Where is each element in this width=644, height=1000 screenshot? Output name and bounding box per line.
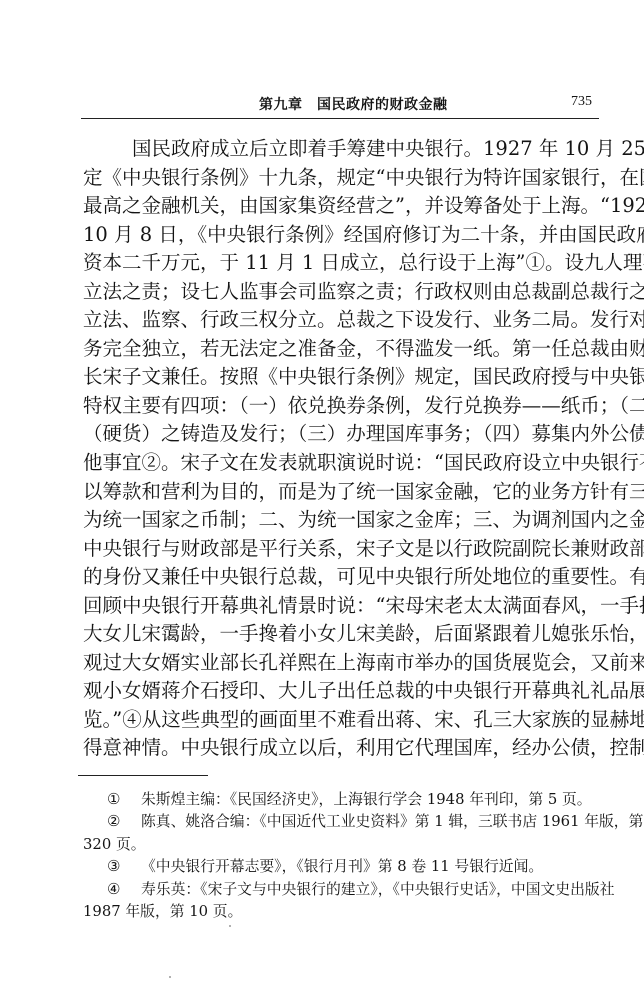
footnote-1: ①朱斯煌主编：《民国经济史》，上海银行学会 1948 年刊印，第 5 页。	[83, 789, 598, 811]
text-line: （硬货）之铸造及发行；（三）办理国库事务；（四）募集内外公债及办理其	[83, 420, 598, 449]
header-rule	[81, 118, 599, 119]
text-line: 中央银行与财政部是平行关系，宋子文是以行政院副院长兼财政部长	[83, 535, 598, 564]
text-line: 观小女婿蒋介石授印、大儿子出任总裁的中央银行开幕典礼礼品展	[83, 677, 598, 706]
footnote-text: 《中央银行开幕志要》，《银行月刊》第 8 卷 11 号银行近闻。	[141, 858, 543, 875]
text-line: 资本二千万元，于 11 月 1 日成立，总行设于上海”①。设九人理事会司	[83, 249, 598, 278]
page-number: 735	[571, 94, 592, 110]
footnote-text: 寿乐英：《宋子文与中央银行的建立》，《中央银行史话》，中国文史出版社	[141, 881, 615, 898]
footnote-2: ②陈真、姚洛合编：《中国近代工业史资料》第 1 辑，三联书店 1961 年版，第	[83, 811, 598, 833]
footnote-3: ③《中央银行开幕志要》，《银行月刊》第 8 卷 11 号银行近闻。	[83, 856, 598, 878]
text-line: 的身份又兼任中央银行总裁，可见中央银行所处地位的重要性。有人	[83, 563, 598, 592]
text-line: 得意神情。中央银行成立以后，利用它代理国库，经办公债，控制外汇	[83, 734, 598, 763]
text-line: 为统一国家之币制；二、为统一国家之金库；三、为调剂国内之金融。”③	[83, 506, 598, 535]
scan-speck	[229, 925, 231, 927]
footnote-marker: ③	[107, 856, 141, 878]
text-line: 立法、监察、行政三权分立。总裁之下设发行、业务二局。发行对于业	[83, 306, 598, 335]
text-line: 特权主要有四项：（一）依兑换券条例，发行兑换券——纸币；（二）国币	[83, 392, 598, 421]
text-line: 定《中央银行条例》十九条，规定“中央银行为特许国家银行，在国内为	[83, 164, 598, 193]
footnote-4: ④寿乐英：《宋子文与中央银行的建立》，《中央银行史话》，中国文史出版社	[83, 879, 598, 901]
footnote-text: 陈真、姚洛合编：《中国近代工业史资料》第 1 辑，三联书店 1961 年版，第	[141, 813, 643, 830]
text-line: 务完全独立，若无法定之准备金，不得滥发一纸。第一任总裁由财政部	[83, 335, 598, 364]
text-line: 观过大女婿实业部长孔祥熙在上海南市举办的国货展览会，又前来参	[83, 649, 598, 678]
text-line: 国民政府成立后立即着手筹建中央银行。1927 年 10 月 25 日制	[83, 135, 598, 164]
text-line: 大女儿宋霭龄，一手搀着小女儿宋美龄，后面紧跟着儿媳张乐怡，刚参	[83, 620, 598, 649]
text-line: 立法之责；设七人监事会司监察之责；行政权则由总裁副总裁行之，使	[83, 278, 598, 307]
running-header: 第九章 国民政府的财政金融 735	[81, 94, 598, 116]
footnote-marker: ①	[107, 789, 141, 811]
text-line: 他事宜②。宋子文在发表就职演说时说：“国民政府设立中央银行不是	[83, 449, 598, 478]
footnote-separator	[78, 775, 208, 776]
footnote-2-continuation: 320 页。	[83, 834, 598, 856]
footnotes: ①朱斯煌主编：《民国经济史》，上海银行学会 1948 年刊印，第 5 页。 ②陈…	[83, 789, 598, 923]
footnote-4-continuation: 1987 年版，第 10 页。	[83, 901, 598, 923]
footnote-marker: ④	[107, 879, 141, 901]
footnote-marker: ②	[107, 811, 141, 833]
text-line: 最高之金融机关，由国家集资经营之”，并设筹备处于上海。“1928 年	[83, 192, 598, 221]
body-paragraph: 国民政府成立后立即着手筹建中央银行。1927 年 10 月 25 日制 定《中央…	[83, 135, 598, 763]
footnote-text: 朱斯煌主编：《民国经济史》，上海银行学会 1948 年刊印，第 5 页。	[141, 791, 592, 808]
text-line: 览。”④从这些典型的画面里不难看出蒋、宋、孔三大家族的显赫地位和	[83, 706, 598, 735]
text-line: 回顾中央银行开幕典礼情景时说：“宋母宋老太太满面春风，一手扶着	[83, 592, 598, 621]
chapter-title: 第九章 国民政府的财政金融	[259, 94, 448, 114]
scan-speck	[169, 976, 171, 978]
text-line: 以筹款和营利为目的，而是为了统一国家金融，它的业务方针有三：一、	[83, 478, 598, 507]
text-line: 长宋子文兼任。按照《中央银行条例》规定，国民政府授与中央银行的	[83, 363, 598, 392]
text-line: 10 月 8 日，《中央银行条例》经国府修订为二十条，并由国民政府拨给	[83, 221, 598, 250]
